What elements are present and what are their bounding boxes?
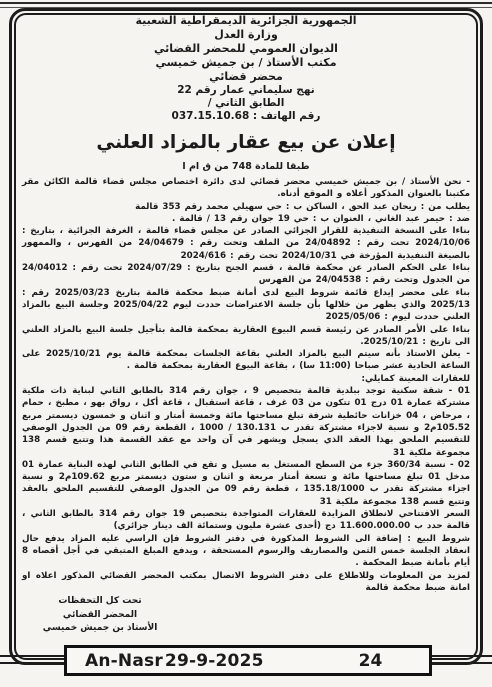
signature-line: الأستاذ بن جميش خميسي — [30, 622, 170, 636]
office-header: الجمهورية الجزائرية الديمقراطية الشعبيةو… — [22, 14, 470, 123]
notice-title: إعلان عن بيع عقار بالمزاد العلني — [22, 132, 470, 154]
issue-date: 29-9-2025 — [165, 651, 264, 671]
notice-paragraph: السعر الافتتاحي لانطلاق المزايدة للعقارا… — [22, 508, 470, 533]
notice-paragraph: بناءا على الحكم الصادر عن محكمة قالمة ، … — [22, 262, 470, 287]
notice-content: الجمهورية الجزائرية الديمقراطية الشعبيةو… — [22, 14, 470, 594]
notice-paragraph: بناء على محضر إيداع قائمة شروط البيع لدى… — [22, 287, 470, 324]
notice-subtitle: طبقا للمادة 748 من ق ام ا — [22, 161, 470, 173]
notice-paragraph: ضد : حيمر عبد الغاني ، العنوان ب : حي 19… — [22, 213, 470, 225]
office-header-line: وزارة العدل — [22, 28, 470, 42]
notice-paragraph: - يعلن الاستاذ بأنه سيتم البيع بالمزاد ا… — [22, 348, 470, 373]
notice-body: - نحن الأستاذ / بن جميش خميسي محضر قضائي… — [22, 176, 470, 594]
notice-paragraph: - نحن الأستاذ / بن جميش خميسي محضر قضائي… — [22, 176, 470, 201]
notice-paragraph: للعقارات المعينة كمايلي: — [22, 373, 470, 385]
newspaper-footer-box: An-Nasr 29-9-2025 24 — [64, 645, 432, 676]
page-number: 24 — [359, 651, 383, 671]
notice-paragraph: بناءا على الأمر الصادر عن رئيسة قسم البي… — [22, 324, 470, 349]
office-header-line: محضر قضائي — [22, 70, 470, 84]
office-header-line: مكتب الأستاذ / بن جميش خميسي — [22, 56, 470, 70]
office-header-line: نهج سليماني عمار رقم 22 — [22, 84, 470, 97]
notice-paragraph: يطلب من : ريحان عبد الحق ، الساكن ب : حي… — [22, 201, 470, 213]
notice-paragraph: لمزيد من المعلومات وللاطلاع على دفتر الش… — [22, 570, 470, 595]
office-header-line: الجمهورية الجزائرية الديمقراطية الشعبية — [22, 14, 470, 28]
signature-line: تحت كل التحفظات — [30, 595, 170, 609]
notice-paragraph: بناءا على النسخة التنفيذية للقرار الجزائ… — [22, 225, 470, 262]
notice-paragraph: 01 - شقة سكنية توجد ببلدية قالمة بتحصيص … — [22, 385, 470, 459]
office-header-line: رقم الهاتف : 037.15.10.68 — [22, 110, 470, 123]
newspaper-name: An-Nasr — [85, 651, 163, 671]
signature-line: المحضر القضائي — [30, 609, 170, 623]
notice-paragraph: 02 - نسبة 360/34 جزء من السطح المستغل به… — [22, 459, 470, 508]
signature-block: تحت كل التحفظاتالمحضر القضائيالأستاذ بن … — [30, 595, 170, 636]
notice-paragraph: شروط البيع : إضافة الى الشروط المذكورة ف… — [22, 533, 470, 570]
office-header-line: الطابق الثاني / — [22, 97, 470, 110]
newspaper-legal-notice-scan: الجمهورية الجزائرية الديمقراطية الشعبيةو… — [0, 0, 492, 687]
office-header-line: الديوان العمومي للمحضر القضائي — [22, 42, 470, 56]
